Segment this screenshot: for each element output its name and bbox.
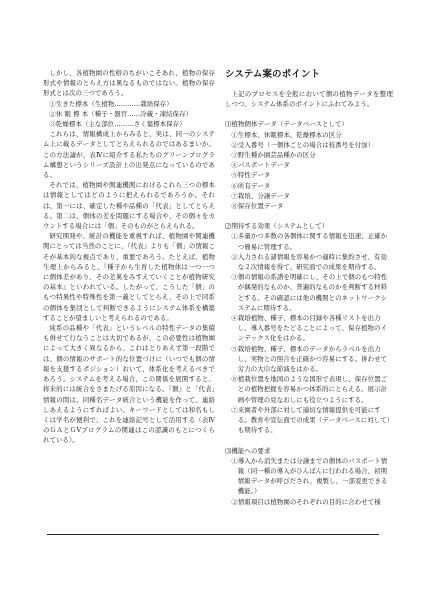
subsection-title: ⑴植物個体データ（データベースとして） (225, 119, 393, 129)
paragraph: これらは、情報構成上からみると、実は、同一のシステム上に載るデータとしてとらえら… (43, 129, 215, 180)
data-items-list: ①生標本、休眠標本、乾燥標本の区分 ②受入番号（一個体ごとの場合は枝番号を付加）… (225, 130, 393, 212)
list-item: ①導入から消失または分譲までの個体のパスポート情報（同一種の導入がひんぱんに行わ… (225, 456, 393, 497)
list-item: ⑤特性データ (225, 170, 393, 180)
paragraph: しかし、各植物園の性格のちがいこそあれ、植物の保存形式や情報のとらえ方は異なるも… (43, 68, 215, 99)
list-item: ⑥所有データ (225, 181, 393, 191)
list-item: ②休 眠 標 本（種子・器官……冷蔵・凍結保存） (43, 109, 215, 119)
list-item: ⑦栽培、分譲データ (225, 191, 393, 201)
paragraph: 研究開発や、統計の機能を重視すれば、植物園や関連機関にとっては当然のことに、『代… (43, 231, 215, 323)
footer-rule (47, 534, 379, 535)
list-item: ①生標本、休眠標本、乾燥標本の区分 (225, 130, 393, 140)
storage-forms-list: ①生きた標本（生植物…………栽培保存） ②休 眠 標 本（種子・器官……冷蔵・凍… (43, 99, 215, 130)
list-item: ①多量かつ多数の各個体に関する情報を迅速、正確かつ簡易に管理する。 (225, 231, 393, 251)
subsection-title: ⑵期待する効果（システムとして） (225, 221, 393, 231)
list-item: ②入力される諸情報を容易かつ適時に集約させ、有効な２次情報を得て、研究面での成果… (225, 252, 393, 272)
list-item: ⑧保存位置データ (225, 201, 393, 211)
requirements-list: ①導入から消失または分譲までの個体のパスポート情報（同一種の導入がひんぱんに行わ… (225, 456, 393, 507)
list-item: ②受入番号（一個体ごとの場合は枝番号を付加） (225, 140, 393, 150)
list-item: ⑦来園者や外部に対して適切な情報提供を可能にする。教育や宣伝面での成果（データベ… (225, 405, 393, 436)
left-column: しかし、各植物園の性格のちがいこそあれ、植物の保存形式や情報のとらえ方は異なるも… (43, 68, 215, 446)
list-item: ③乾燥標本（主な部位………さく葉標本保存） (43, 119, 215, 129)
list-item: ③個の情報の系譜を明確にし、その上で個のもつ特性が偶発的なものか、普遍的なものか… (225, 272, 393, 313)
right-column: システム案のポイント 上記のプロセスを全般において個の植物データを整理しつつ、シ… (225, 68, 393, 507)
list-item: ②情報項目は植物園のそれぞれの目的に合わせて様 (225, 497, 393, 507)
list-item: ④パスポートデータ (225, 160, 393, 170)
list-item: ⑥植栽位置を地図のような図形で表現し、保存位置ごとの植物把握を容易かつ体系的にと… (225, 374, 393, 405)
subsection-title: ⑶機能への要求 (225, 446, 393, 456)
list-item: ①生きた標本（生植物…………栽培保存） (43, 99, 215, 109)
section-heading: システム案のポイント (225, 68, 393, 82)
list-item: ⑤栽培植物、種子、標本のデータからラベルを出力し、実物との照合を正確かつ容易にす… (225, 344, 393, 375)
list-item: ④栽培植物、種子、標本の目録や各種リストを出力し、導入番号をたどることによって、… (225, 313, 393, 344)
intro-paragraph: 上記のプロセスを全般において個の植物データを整理しつつ、システム体系のポイントに… (225, 89, 393, 109)
list-item: ③野生種か園芸品種かの区分 (225, 150, 393, 160)
effects-list: ①多量かつ多数の各個体に関する情報を迅速、正確かつ簡易に管理する。 ②入力される… (225, 231, 393, 435)
paragraph: 純系の品種や「代表」というレベルの特性データの集積も併せて行なうことは大切である… (43, 323, 215, 445)
paragraph: それでは、植物園や関連機関におけるこれら三つの標本は情報としてはどのように把えら… (43, 180, 215, 231)
